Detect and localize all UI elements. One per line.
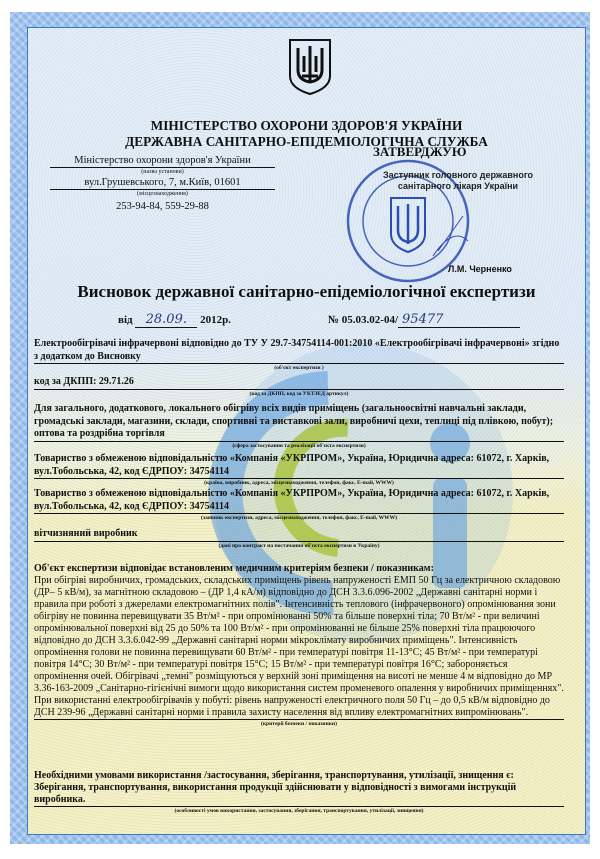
safety-criteria-section: Об'єкт експертизи відповідає встановлени… <box>34 563 564 728</box>
field-value: Товариство з обмеженою відповідальністю … <box>34 488 564 514</box>
field-expertise-object: Електрообігрівачі інфрачервоні відповідн… <box>34 338 564 372</box>
approver-position: Заступник головного державного санітарно… <box>358 170 558 192</box>
date-year: 2012р. <box>200 314 231 326</box>
field-caption: (дані про контракт на постачання об'єкта… <box>34 542 564 550</box>
document-number-row: № 05.03.02-04/95477 <box>328 312 520 328</box>
field-application-scope: Для загального, додаткового, локального … <box>34 403 564 450</box>
field-value: код за ДКПП: 29.71.26 <box>34 376 564 390</box>
criteria-caption: (критерії безпеки / показники) <box>34 720 564 728</box>
approver-name: Л.М. Черненко <box>448 264 512 274</box>
field-caption: (сфера застосування та реалізації об'єкт… <box>34 442 564 450</box>
institution-block: Міністерство охорони здоров'я України (н… <box>50 155 275 212</box>
handwritten-number: 95477 <box>398 312 520 328</box>
field-product-code: код за ДКПП: 29.71.26 (код за ДКПП, код … <box>34 376 564 398</box>
institution-address-caption: (місцезнаходження) <box>50 190 275 199</box>
field-caption: (код за ДКПП, код за УКТЗЕД артикул) <box>34 390 564 398</box>
ministry-heading: МІНІСТЕРСТВО ОХОРОНИ ЗДОРОВ'Я УКРАЇНИ ДЕ… <box>28 118 585 150</box>
institution-address: вул.Грушевського, 7, м.Київ, 01601 <box>50 177 275 190</box>
criteria-paragraph-1: При обігріві виробничих, громадських, ск… <box>34 575 564 695</box>
institution-phones: 253-94-84, 559-29-88 <box>50 201 275 212</box>
criteria-heading: Об'єкт експертизи відповідає встановлени… <box>34 563 564 575</box>
number-prefix: № 05.03.02-04/ <box>328 314 398 326</box>
conditions-text: Зберігання, транспортування, використанн… <box>34 782 564 807</box>
field-value: Електрообігрівачі інфрачервоні відповідн… <box>34 338 564 364</box>
field-value: Товариство з обмеженою відповідальністю … <box>34 453 564 479</box>
conditions-heading: Необхідними умовами використання /застос… <box>34 770 564 782</box>
ministry-name: МІНІСТЕРСТВО ОХОРОНИ ЗДОРОВ'Я УКРАЇНИ <box>28 118 585 134</box>
field-caption: (об'єкт експертизи ) <box>34 364 564 372</box>
handwritten-date: 28.09. <box>135 312 197 328</box>
field-applicant: Товариство з обмеженою відповідальністю … <box>34 488 564 522</box>
date-row: від 28.09. 2012р. <box>118 312 231 328</box>
conditions-caption: (особливості умов використання, застосув… <box>34 807 564 815</box>
service-name: ДЕРЖАВНА САНІТАРНО-ЕПІДЕМІОЛОГІЧНА СЛУЖБ… <box>28 134 585 150</box>
field-manufacturer: Товариство з обмеженою відповідальністю … <box>34 453 564 487</box>
field-caption: (заявник експертизи, адреса, місцезнаход… <box>34 514 564 522</box>
coat-of-arms-trident-icon <box>288 38 332 96</box>
institution-name: Міністерство охорони здоров'я України <box>50 155 275 168</box>
criteria-paragraph-2: При використанні електрообігрівачів у по… <box>34 695 564 720</box>
date-prefix: від <box>118 314 133 326</box>
field-supply-contract: вітчизняний виробник (дані про контракт … <box>34 528 564 550</box>
field-caption: (країна, виробник, адреса, місцезнаходже… <box>34 479 564 487</box>
certificate-sheet: МІНІСТЕРСТВО ОХОРОНИ ЗДОРОВ'Я УКРАЇНИ ДЕ… <box>27 27 586 835</box>
document-title: Висновок державної санітарно-епідеміолог… <box>28 282 585 302</box>
field-value: вітчизняний виробник <box>34 528 564 542</box>
field-value: Для загального, додаткового, локального … <box>34 403 564 442</box>
usage-conditions-section: Необхідними умовами використання /застос… <box>34 770 564 815</box>
institution-name-caption: (назва установи) <box>50 168 275 177</box>
